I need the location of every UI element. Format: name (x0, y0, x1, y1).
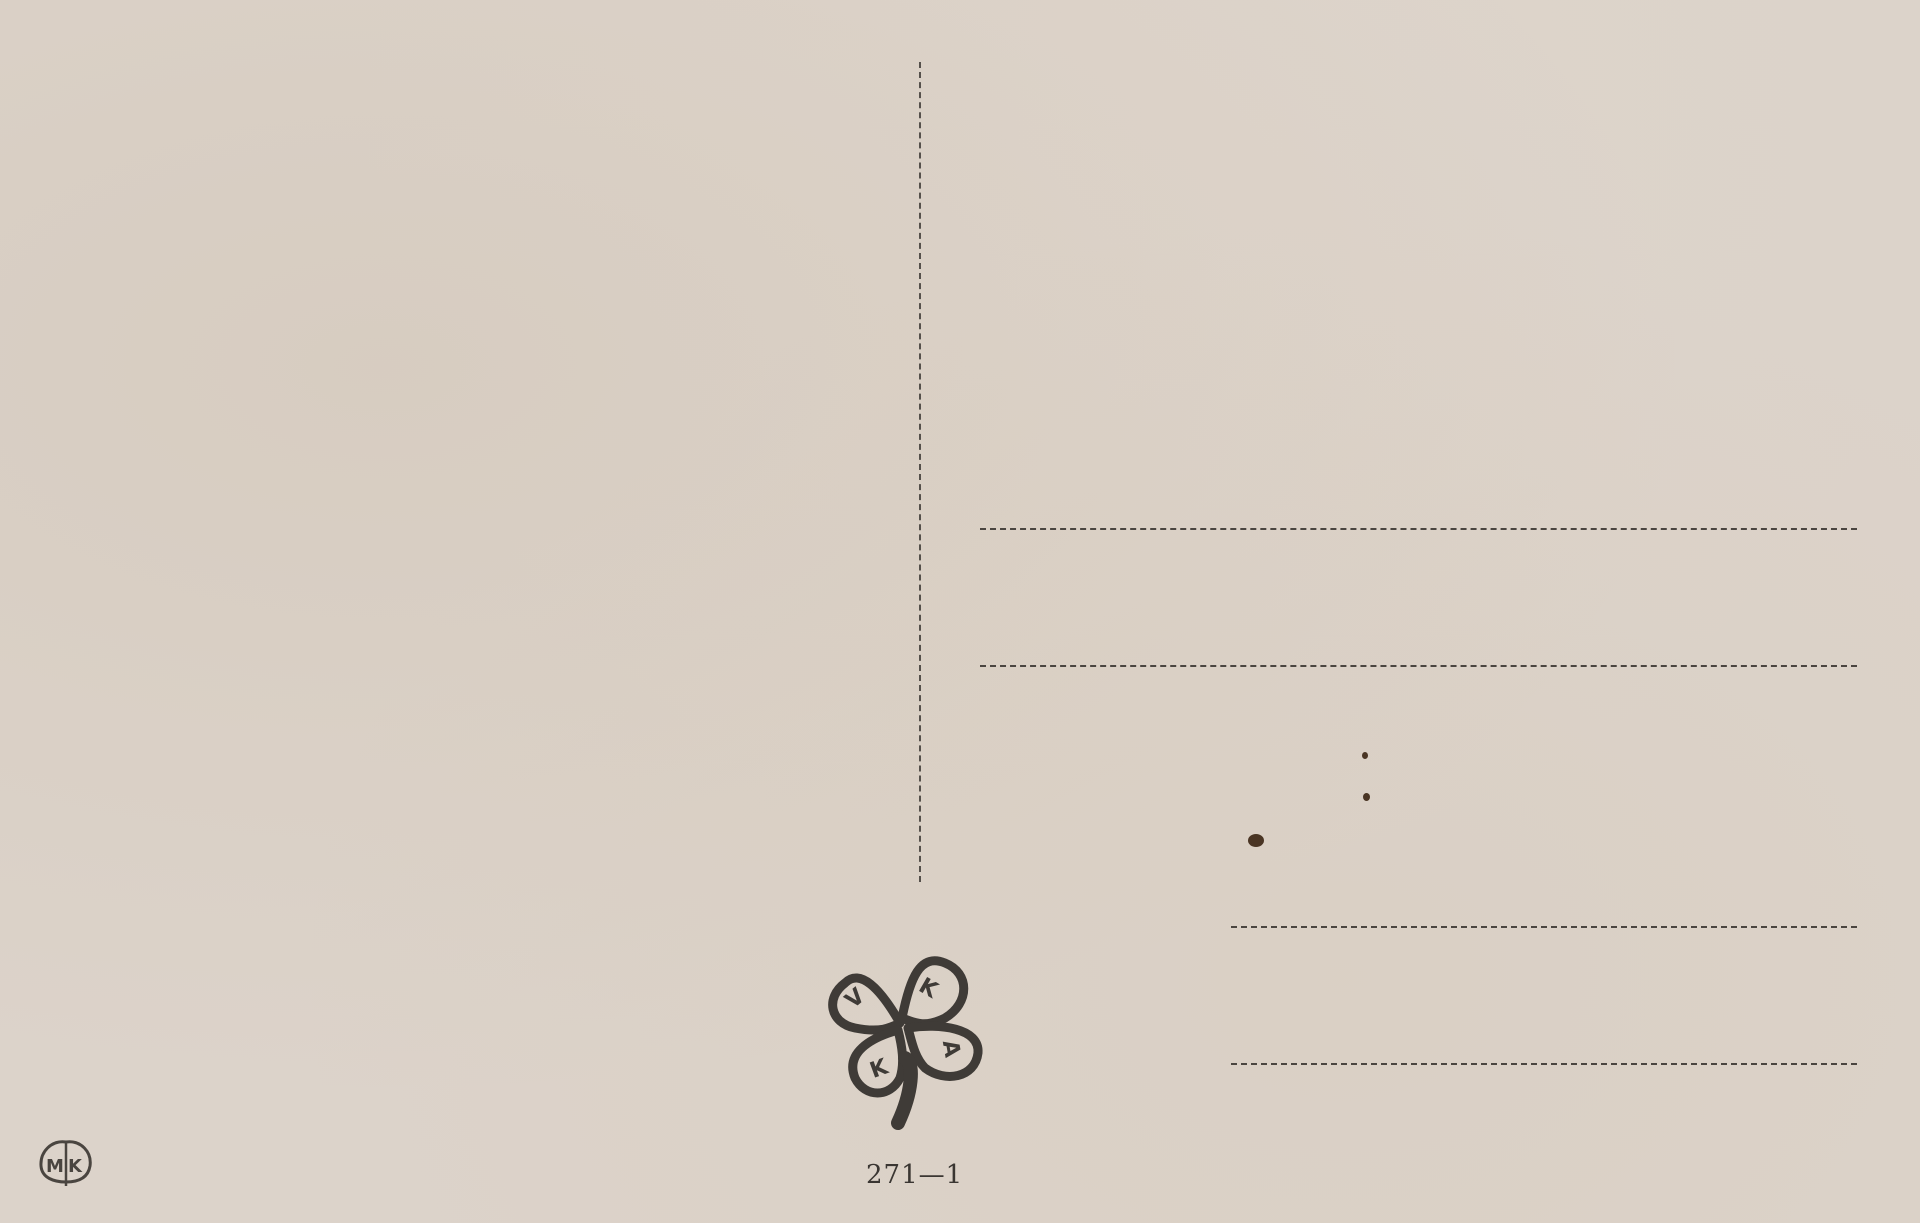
svg-text:K: K (867, 1054, 892, 1084)
address-line-3 (1231, 926, 1857, 928)
svg-text:M: M (46, 1156, 64, 1177)
stain-spot (1248, 834, 1264, 847)
serial-number: 271—1 (866, 1160, 963, 1190)
postcard-back: V K A K M K 271—1 (0, 0, 1920, 1223)
stain-spot (1363, 793, 1370, 801)
stain-spot (1362, 752, 1368, 759)
address-line-2 (980, 665, 1857, 667)
publisher-mark-icon: M K (36, 1136, 96, 1192)
svg-text:A: A (937, 1038, 965, 1059)
divider-line (919, 62, 921, 882)
address-line-1 (980, 528, 1857, 530)
address-line-4 (1231, 1063, 1857, 1065)
clover-logo-icon: V K A K (820, 928, 990, 1133)
svg-text:K: K (68, 1156, 83, 1177)
